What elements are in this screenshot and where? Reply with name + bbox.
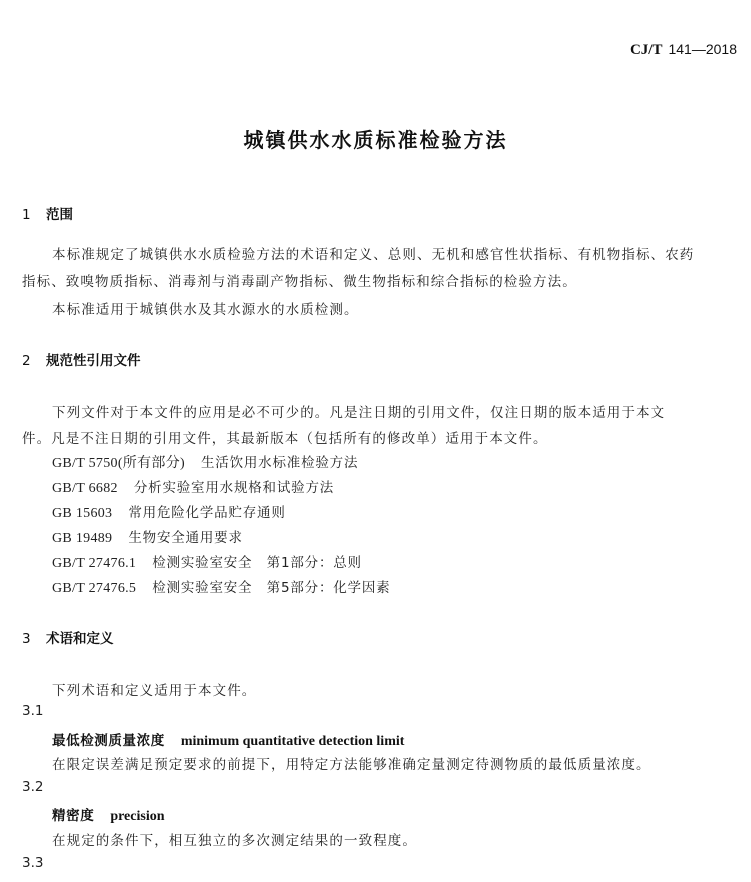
term-number: 3.1 [22,703,43,719]
reference-code: GB 15603 [52,506,112,522]
term-en: minimum quantitative detection limit [181,734,405,749]
reference-item: GB/T 5750(所有部分)生活饮用水标准检验方法 [52,451,358,472]
scope-applicability-paragraph: 本标准适用于城镇供水及其水源水的水质检测。 [52,298,359,318]
terms-intro: 下列术语和定义适用于本文件。 [52,679,256,699]
section-number: 3 [22,631,46,647]
term-zh: 最低检测质量浓度 [52,733,165,749]
term-heading: 精密度precision [52,804,165,825]
standard-code: CJ/T141—2018 [630,41,737,59]
term-definition: 在规定的条件下，相互独立的多次测定结果的一致程度。 [52,829,417,849]
reference-item: GB/T 6682分析实验室用水规格和试验方法 [52,476,334,497]
reference-item: GB 15603常用危险化学品贮存通则 [52,501,286,522]
reference-title: 分析实验室用水规格和试验方法 [134,480,334,496]
normative-refs-paragraph-line-2: 件。凡是不注日期的引用文件，其最新版本（包括所有的修改单）适用于本文件。 [22,427,548,447]
reference-title: 检测实验室安全 第5部分：化学因素 [152,580,390,596]
term-heading: 最低检测质量浓度minimum quantitative detection l… [52,729,404,750]
reference-code: GB/T 27476.1 [52,556,136,572]
standard-prefix: CJ/T [630,42,663,58]
section-3-heading: 3术语和定义 [22,627,114,647]
reference-item: GB/T 27476.5检测实验室安全 第5部分：化学因素 [52,576,390,597]
reference-title: 生物安全通用要求 [128,530,242,546]
normative-refs-paragraph-line-1: 下列文件对于本文件的应用是必不可少的。凡是注日期的引用文件，仅注日期的版本适用于… [52,401,665,421]
term-number: 3.2 [22,779,43,795]
section-title: 范围 [46,207,73,223]
reference-code: GB/T 5750(所有部分) [52,452,185,472]
reference-title: 常用危险化学品贮存通则 [128,505,285,521]
reference-item: GB/T 27476.1检测实验室安全 第1部分：总则 [52,551,362,572]
term-number: 3.3 [22,855,43,871]
reference-code: GB/T 6682 [52,481,118,497]
reference-code: GB 19489 [52,531,112,547]
section-title: 术语和定义 [46,631,114,647]
section-2-heading: 2规范性引用文件 [22,349,141,369]
scope-paragraph-line-2: 指标、致嗅物质指标、消毒剂与消毒副产物指标、微生物指标和综合指标的检验方法。 [22,270,577,290]
reference-title: 生活饮用水标准检验方法 [201,455,358,471]
reference-code: GB/T 27476.5 [52,581,136,597]
section-number: 2 [22,353,46,369]
standard-number: 141—2018 [668,41,737,57]
section-1-heading: 1范围 [22,203,73,223]
scope-paragraph-line-1: 本标准规定了城镇供水水质检验方法的术语和定义、总则、无机和感官性状指标、有机物指… [52,243,694,263]
term-en: precision [110,809,164,824]
section-number: 1 [22,207,46,223]
document-title: 城镇供水水质标准检验方法 [0,124,751,153]
term-definition: 在限定误差满足预定要求的前提下，用特定方法能够准确定量测定待测物质的最低质量浓度… [52,753,651,773]
term-zh: 精密度 [52,808,94,824]
reference-item: GB 19489生物安全通用要求 [52,526,243,547]
reference-title: 检测实验室安全 第1部分：总则 [152,555,362,571]
section-title: 规范性引用文件 [46,353,141,369]
